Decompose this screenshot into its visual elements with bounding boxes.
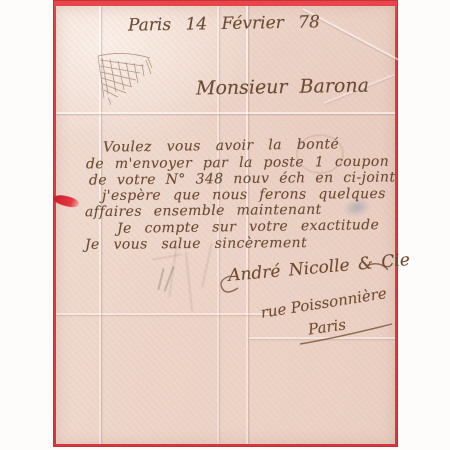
signature-flourish [216,254,395,346]
letter-photo: Paris 14 Février 78 Monsieur Barona Voul… [0,0,450,450]
fold-crease [56,112,395,114]
body-line: Je vous salue sincèrement [85,235,307,253]
dateline: Paris 14 Février 78 [128,12,320,35]
crosshatch-doodle [94,46,156,106]
body-line: Voulez vous avoir la bonté [103,136,339,155]
salutation: Monsieur Barona [196,74,369,99]
body-line: affaires ensemble maintenant [85,202,322,220]
body-line: j'espère que nous ferons quelques [102,186,386,204]
letter-paper: Paris 14 Février 78 Monsieur Barona Voul… [56,6,395,444]
